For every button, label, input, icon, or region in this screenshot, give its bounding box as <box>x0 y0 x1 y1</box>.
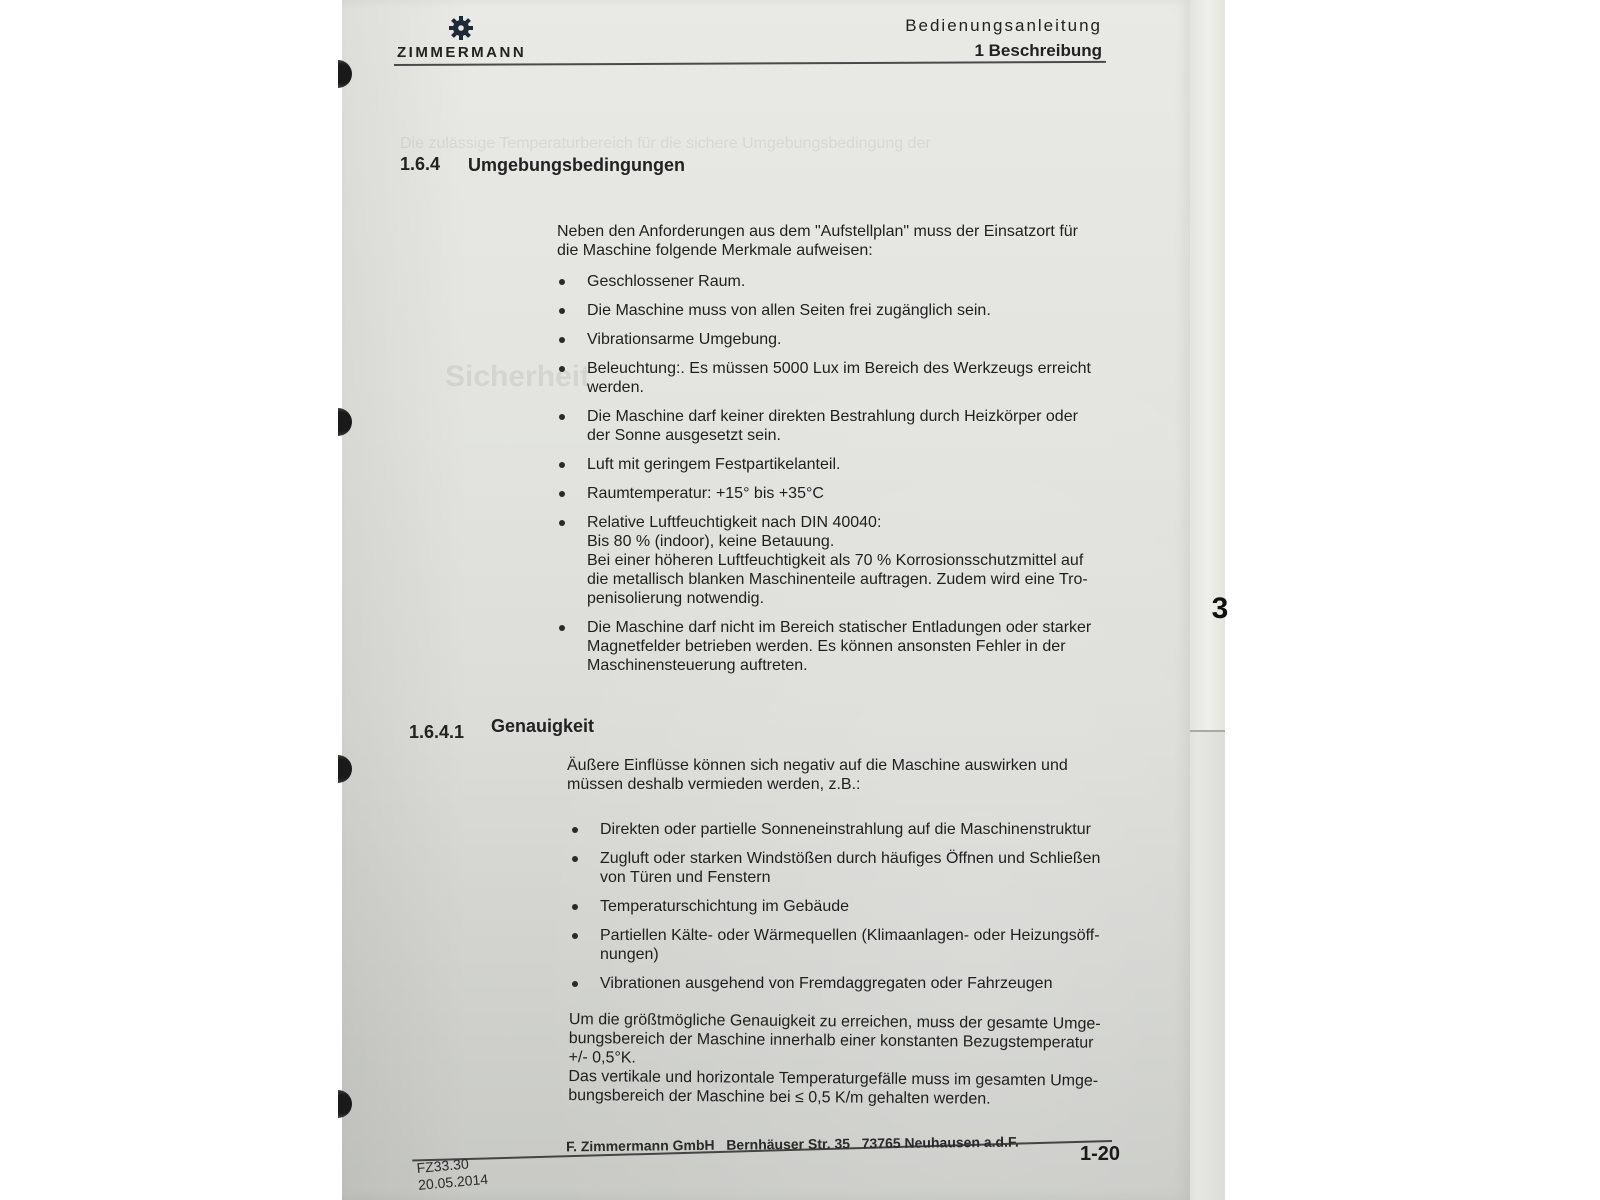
list-item: Relative Luftfeuchtigkeit nach DIN 40040… <box>557 513 1117 608</box>
list-item-text: Raumtemperatur: +15° bis +35°C <box>587 484 1117 503</box>
bullet-icon <box>559 520 565 526</box>
list-item: Die Maschine muss von allen Seiten frei … <box>557 301 1117 320</box>
bullet-icon <box>559 279 565 285</box>
list-item: Beleuchtung:. Es müssen 5000 Lux im Bere… <box>557 359 1117 397</box>
page-number: 1-20 <box>1080 1143 1120 1166</box>
footer-doc-info: FZ33.30 20.05.2014 <box>416 1154 489 1194</box>
list-item-text: Maschinensteuerung auftreten. <box>587 656 1117 675</box>
bullet-icon <box>559 491 565 497</box>
bullet-icon <box>572 933 578 939</box>
list-item-text: nungen) <box>600 945 1120 964</box>
bullet-icon <box>572 904 578 910</box>
bullet-icon <box>559 414 565 420</box>
bullet-icon <box>572 827 578 833</box>
subsection-number: 1.6.4.1 <box>409 722 464 743</box>
requirements-list: Geschlossener Raum.Die Maschine muss von… <box>557 272 1117 685</box>
list-item: Zugluft oder starken Windstößen durch hä… <box>570 849 1120 887</box>
list-item-text: der Sonne ausgesetzt sein. <box>587 426 1117 445</box>
register-tab-number: 3 <box>1212 592 1229 626</box>
list-item-text: Die Maschine darf nicht im Bereich stati… <box>587 618 1117 637</box>
gear-icon <box>448 15 474 41</box>
list-item: Partiellen Kälte- oder Wärmequellen (Kli… <box>570 926 1120 964</box>
chapter-title: 1 Beschreibung <box>974 41 1102 61</box>
list-item-text: werden. <box>587 378 1117 397</box>
list-item-text: Direkten oder partielle Sonneneinstrahlu… <box>600 820 1120 839</box>
list-item-text: Temperaturschichtung im Gebäude <box>600 897 1120 916</box>
list-item-text: Vibrationen ausgehend von Fremdaggregate… <box>600 974 1120 993</box>
company-logo-text: ZIMMERMANN <box>397 44 526 61</box>
list-item: Temperaturschichtung im Gebäude <box>570 897 1120 916</box>
bullet-icon <box>559 625 565 631</box>
list-item-text: Luft mit geringem Festpartikelanteil. <box>587 455 1117 474</box>
list-item-text: Vibrationsarme Umgebung. <box>587 330 1117 349</box>
list-item-text: Partiellen Kälte- oder Wärmequellen (Kli… <box>600 926 1120 945</box>
section-number: 1.6.4 <box>400 154 440 175</box>
bullet-icon <box>559 462 565 468</box>
document-title: Bedienungsanleitung <box>905 16 1102 36</box>
list-item-text: Beleuchtung:. Es müssen 5000 Lux im Bere… <box>587 359 1117 378</box>
list-item: Raumtemperatur: +15° bis +35°C <box>557 484 1117 503</box>
list-item-text: penisolierung notwendig. <box>587 589 1117 608</box>
list-item-text: Zugluft oder starken Windstößen durch hä… <box>600 849 1120 868</box>
list-item-text: Magnetfelder betrieben werden. Es können… <box>587 637 1117 656</box>
footer-street: Bernhäuser Str. 35 <box>726 1135 850 1152</box>
list-item-text: Die Maschine muss von allen Seiten frei … <box>587 301 1117 320</box>
intro-line: die Maschine folgende Merkmale aufweisen… <box>557 241 1078 260</box>
bullet-icon <box>572 981 578 987</box>
list-item-text: Geschlossener Raum. <box>587 272 1117 291</box>
footer-company-name: F. Zimmermann GmbH <box>566 1137 715 1155</box>
list-item: Vibrationen ausgehend von Fremdaggregate… <box>570 974 1120 993</box>
subsection-intro: Äußere Einflüsse können sich negativ auf… <box>567 756 1068 794</box>
influences-list: Direkten oder partielle Sonneneinstrahlu… <box>570 820 1120 1003</box>
intro-line: müssen deshalb vermieden werden, z.B.: <box>567 775 1068 794</box>
list-item: Die Maschine darf keiner direkten Bestra… <box>557 407 1117 445</box>
footer-city: 73765 Neuhausen a.d.F. <box>862 1134 1019 1152</box>
subsection-title: Genauigkeit <box>491 716 594 737</box>
section-title: Umgebungsbedingungen <box>468 155 685 176</box>
intro-line: Äußere Einflüsse können sich negativ auf… <box>567 756 1068 775</box>
list-item-text: Bei einer höheren Luftfeuchtigkeit als 7… <box>587 551 1117 570</box>
subsection-closing: Um die größtmögliche Genauigkeit zu erre… <box>568 1010 1101 1110</box>
list-item-text: Die Maschine darf keiner direkten Bestra… <box>587 407 1117 426</box>
section-intro: Neben den Anforderungen aus dem "Aufstel… <box>557 222 1078 260</box>
list-item-text: Relative Luftfeuchtigkeit nach DIN 40040… <box>587 513 1117 532</box>
list-item-text: die metallisch blanken Maschinenteile au… <box>587 570 1117 589</box>
bullet-icon <box>559 308 565 314</box>
list-item-text: Bis 80 % (indoor), keine Betauung. <box>587 532 1117 551</box>
intro-line: Neben den Anforderungen aus dem "Aufstel… <box>557 222 1078 241</box>
list-item: Die Maschine darf nicht im Bereich stati… <box>557 618 1117 675</box>
bullet-icon <box>572 856 578 862</box>
bullet-icon <box>559 366 565 372</box>
list-item: Direkten oder partielle Sonneneinstrahlu… <box>570 820 1120 839</box>
list-item-text: von Türen und Fenstern <box>600 868 1120 887</box>
list-item: Vibrationsarme Umgebung. <box>557 330 1117 349</box>
list-item: Geschlossener Raum. <box>557 272 1117 291</box>
list-item: Luft mit geringem Festpartikelanteil. <box>557 455 1117 474</box>
bullet-icon <box>559 337 565 343</box>
